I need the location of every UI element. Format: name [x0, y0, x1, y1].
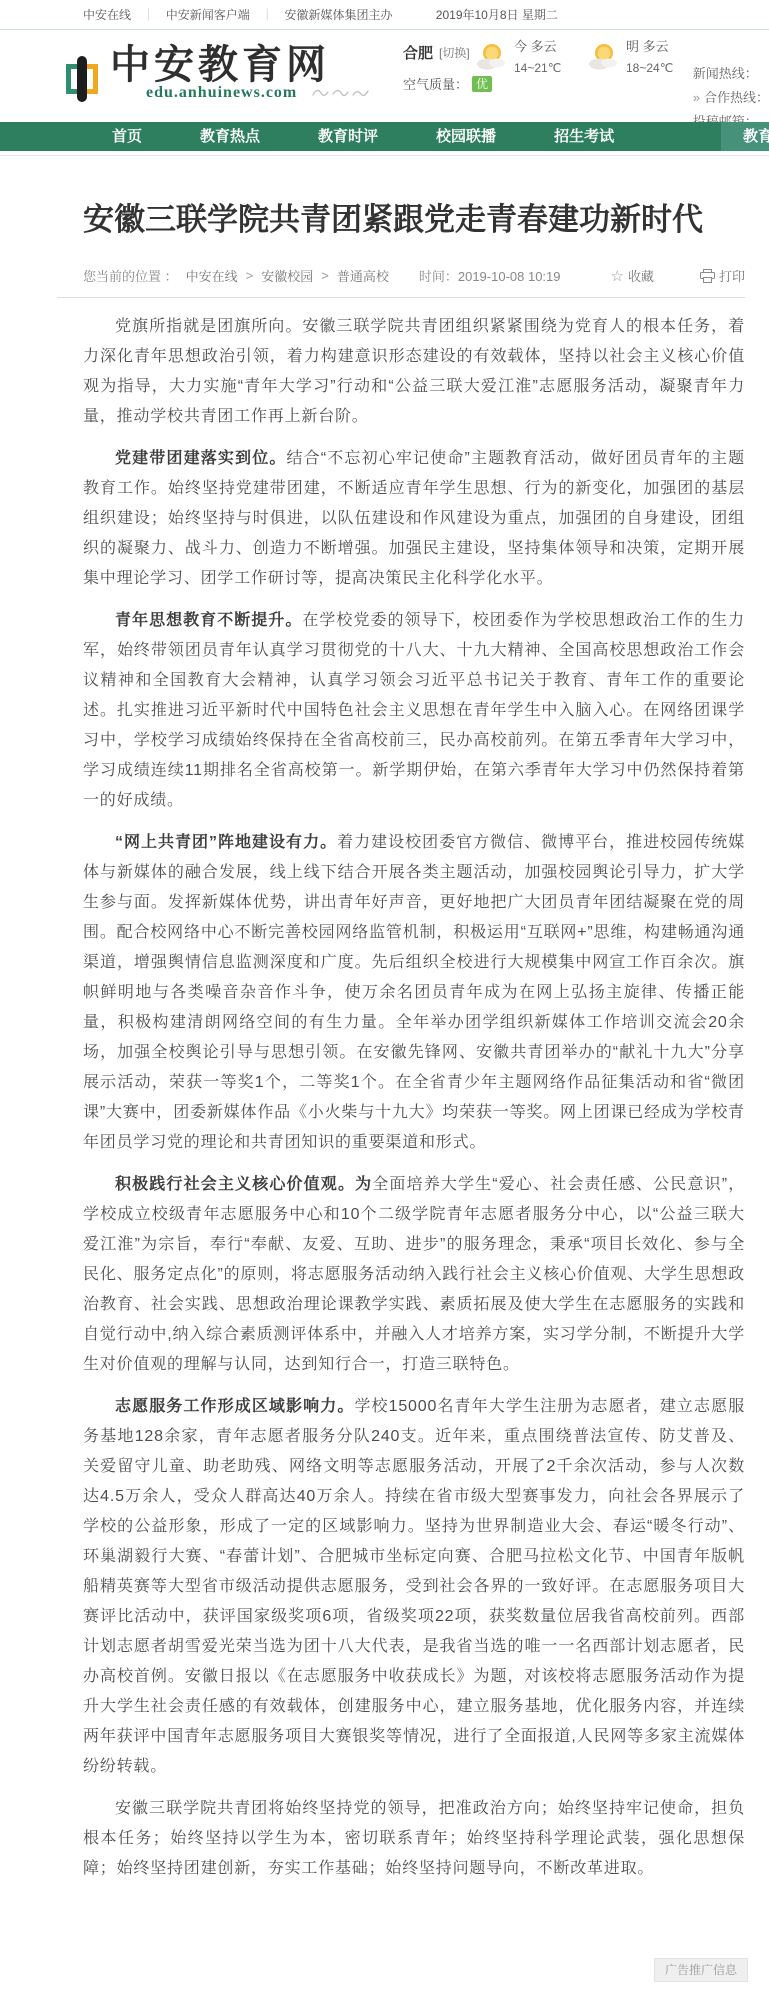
nav-item-edu-cut[interactable]: 教育: [721, 122, 769, 151]
collect-button[interactable]: ☆ 收藏: [611, 266, 654, 285]
topbar-date: 2019年10月8日 星期二: [436, 8, 558, 22]
site-name: 中安教育网: [110, 42, 371, 88]
main-nav: 首页 教育热点 教育时评 校园联播 招生考试 教育: [0, 122, 769, 151]
calligraphy-decoration-icon: [311, 85, 371, 101]
air-quality-label: 空气质量：: [403, 74, 468, 93]
topbar: 中安在线 ｜ 中安新闻客户端 ｜ 安徽新媒体集团主办 2019年10月8日 星期…: [0, 0, 769, 30]
weather-tomorrow-temp: 18~24℃: [626, 61, 673, 75]
chevron-right-icon: »: [693, 90, 700, 105]
sun-cloud-icon: [476, 41, 508, 71]
breadcrumb-link-anhuinews[interactable]: 中安在线: [186, 266, 238, 285]
breadcrumb: 您当前的位置 ： 中安在线 > 安徽校园 > 普通高校 时间：2019-10-0…: [57, 266, 745, 297]
article-paragraph: “网上共青团”阵地建设有力。着力建设校团委官方微信、微博平台，推进校园传统媒体与…: [83, 828, 745, 1158]
coop-hotline-label: »合作热线：: [693, 86, 769, 110]
printer-icon: [700, 269, 715, 283]
nav-item-admission-exam[interactable]: 招生考试: [554, 122, 614, 151]
article-paragraph: 积极践行社会主义核心价值观。为全面培养大学生“爱心、社会责任感、公民意识”，学校…: [83, 1170, 745, 1380]
topbar-separator: ｜: [142, 8, 154, 22]
breadcrumb-link-university[interactable]: 普通高校: [337, 266, 389, 285]
weather-switch-link[interactable]: [切换]: [439, 44, 470, 61]
nav-item-home[interactable]: 首页: [112, 122, 142, 151]
topbar-link-anhuinews[interactable]: 中安在线: [83, 8, 131, 22]
topbar-separator: ｜: [261, 8, 273, 22]
site-url: edu.anhuinews.com: [146, 84, 297, 102]
weather-today: 今 多云 14~21℃: [476, 36, 561, 75]
site-logo[interactable]: 中安教育网 edu.anhuinews.com: [66, 42, 371, 102]
nav-item-edu-comment[interactable]: 教育时评: [318, 122, 378, 151]
main-content: 安徽三联学院共青团紧跟党走青春建功新时代 您当前的位置 ： 中安在线 > 安徽校…: [57, 200, 745, 1906]
weather-tomorrow-label: 明 多云: [626, 36, 673, 55]
article-paragraph: 青年思想教育不断提升。在学校党委的领导下，校团委作为学校思想政治工作的生力军，始…: [83, 606, 745, 816]
weather-today-label: 今 多云: [514, 36, 561, 55]
weather-tomorrow: 明 多云 18~24℃: [588, 36, 673, 75]
breadcrumb-link-campus[interactable]: 安徽校园: [261, 266, 313, 285]
news-hotline-label: 新闻热线：: [693, 62, 769, 86]
breadcrumb-separator: >: [246, 268, 254, 283]
sun-cloud-icon: [588, 41, 620, 71]
topbar-link-media-group[interactable]: 安徽新媒体集团主办: [284, 8, 392, 22]
breadcrumb-separator: >: [321, 268, 329, 283]
logo-brackets-icon: [66, 56, 98, 102]
article-title: 安徽三联学院共青团紧跟党走青春建功新时代: [83, 200, 745, 240]
page: 中安在线 ｜ 中安新闻客户端 ｜ 安徽新媒体集团主办 2019年10月8日 星期…: [0, 0, 769, 2000]
star-icon: ☆: [611, 267, 624, 285]
nav-underline: [0, 155, 769, 156]
article-time: 时间：2019-10-08 10:19: [419, 266, 561, 285]
weather-today-temp: 14~21℃: [514, 61, 561, 75]
nav-item-campus-broadcast[interactable]: 校园联播: [436, 122, 496, 151]
breadcrumb-label: 您当前的位置 ：: [83, 266, 178, 285]
ad-info-tag[interactable]: 广告推广信息: [654, 1958, 748, 1982]
air-quality-badge: 优: [472, 76, 492, 92]
article-paragraph: 党旗所指就是团旗所向。安徽三联学院共青团组织紧紧围绕为党育人的根本任务，着力深化…: [83, 312, 745, 432]
nav-item-edu-hotspot[interactable]: 教育热点: [200, 122, 260, 151]
topbar-link-news-client[interactable]: 中安新闻客户端: [166, 8, 250, 22]
print-button[interactable]: 打印: [700, 266, 745, 285]
weather-city: 合肥: [403, 42, 433, 63]
article-paragraph: 党建带团建落实到位。结合“不忘初心牢记使命”主题教育活动，做好团员青年的主题教育…: [83, 444, 745, 594]
article-body: 党旗所指就是团旗所向。安徽三联学院共青团组织紧紧围绕为党育人的根本任务，着力深化…: [57, 298, 745, 1906]
site-header: 中安教育网 edu.anhuinews.com 合肥 [切换] 空气质量： 优: [0, 30, 769, 122]
article-paragraph: 志愿服务工作形成区域影响力。学校15000名青年大学生注册为志愿者，建立志愿服务…: [83, 1392, 745, 1782]
article-paragraph: 安徽三联学院共青团将始终坚持党的领导，把准政治方向；始终坚持牢记使命，担负根本任…: [83, 1794, 745, 1884]
